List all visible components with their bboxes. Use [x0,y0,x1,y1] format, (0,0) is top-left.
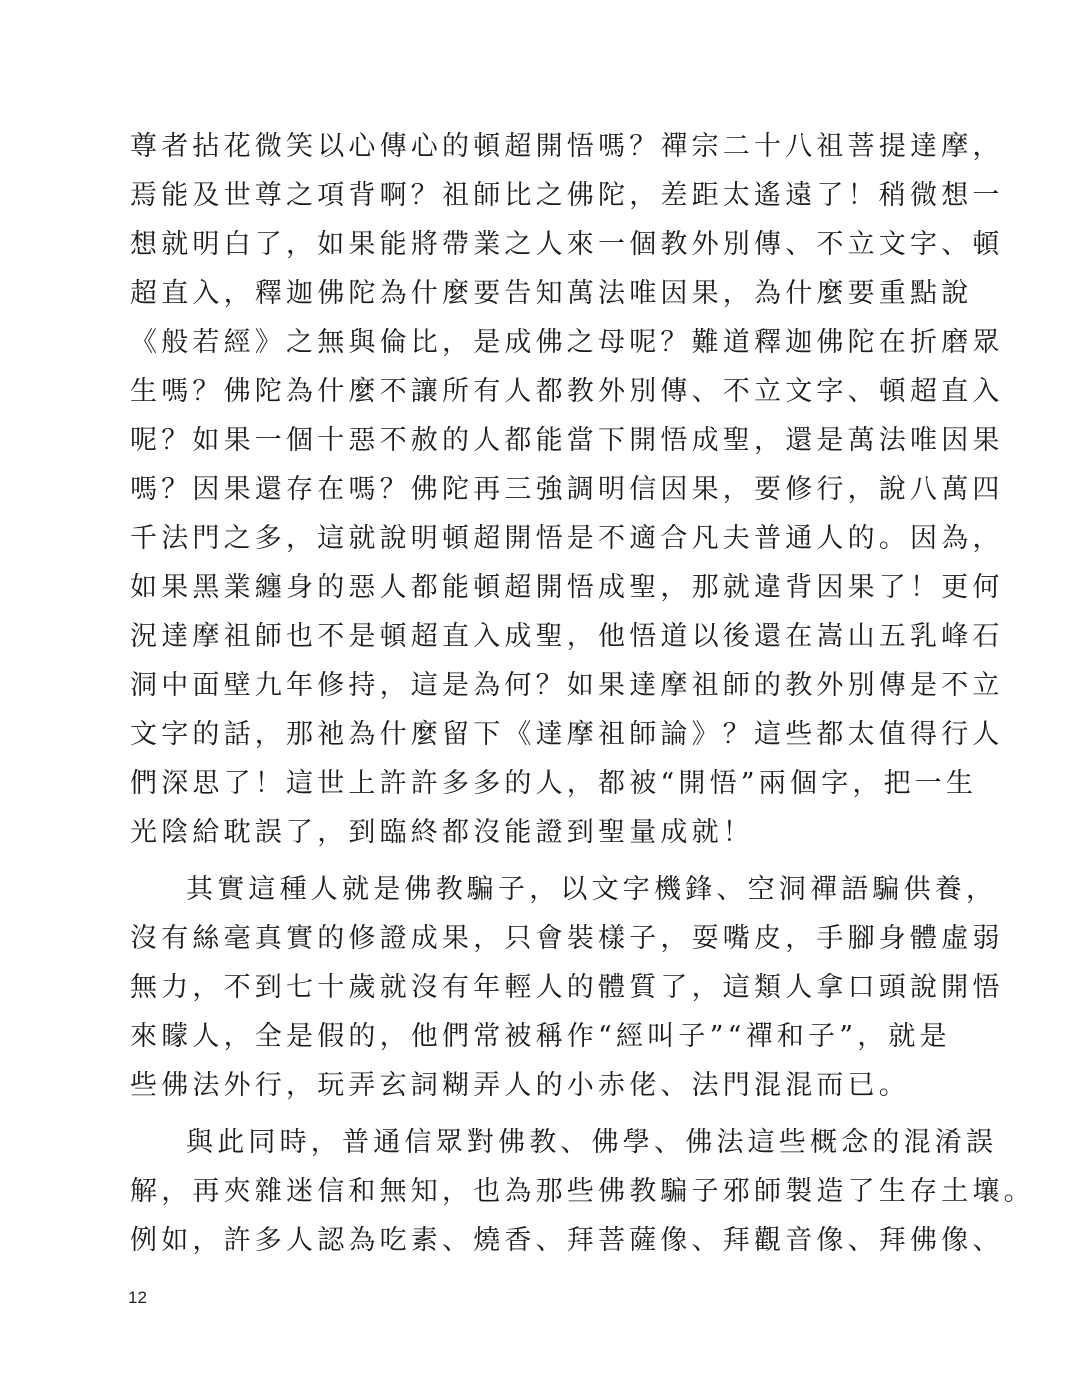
paragraph-1: 尊者拈花微笑以心傳心的頓超開悟嗎？禪宗二十八祖菩提達摩， 焉能及世尊之項背啊？祖… [130,122,925,857]
text-line: 《般若經》之無與倫比，是成佛之母呢？難道釋迦佛陀在折磨眾 [130,318,925,367]
paragraph-2: 其實這種人就是佛教騙子，以文字機鋒、空洞禪語騙供養， 沒有絲毫真實的修證成果，只… [130,865,925,1110]
text-line: 光陰給耽誤了，到臨終都沒能證到聖量成就！ [130,808,925,857]
page-number: 12 [128,1288,147,1308]
text-line: 文字的話，那祂為什麼留下《達摩祖師論》？這些都太值得行人 [130,710,925,759]
text-line: 例如，許多人認為吃素、燒香、拜菩薩像、拜觀音像、拜佛像、 [130,1216,925,1265]
text-line: 呢？如果一個十惡不赦的人都能當下開悟成聖，還是萬法唯因果 [130,416,925,465]
text-line: 況達摩祖師也不是頓超直入成聖，他悟道以後還在嵩山五乳峰石 [130,612,925,661]
text-line: 洞中面壁九年修持，這是為何？如果達摩祖師的教外別傳是不立 [130,661,925,710]
paragraph-gap [130,857,925,865]
text-line: 其實這種人就是佛教騙子，以文字機鋒、空洞禪語騙供養， [130,865,925,914]
text-line: 們深思了！這世上許許多多的人，都被“開悟”兩個字，把一生 [130,759,925,808]
document-page: 尊者拈花微笑以心傳心的頓超開悟嗎？禪宗二十八祖菩提達摩， 焉能及世尊之項背啊？祖… [130,122,925,1265]
text-line: 尊者拈花微笑以心傳心的頓超開悟嗎？禪宗二十八祖菩提達摩， [130,122,925,171]
paragraph-gap [130,1110,925,1118]
text-line: 如果黑業纏身的惡人都能頓超開悟成聖，那就違背因果了！更何 [130,563,925,612]
text-line: 超直入，釋迦佛陀為什麼要告知萬法唯因果，為什麼要重點說 [130,269,925,318]
text-line: 無力，不到七十歲就沒有年輕人的體質了，這類人拿口頭說開悟 [130,963,925,1012]
text-line: 解，再夾雜迷信和無知，也為那些佛教騙子邪師製造了生存土壤。 [130,1167,925,1216]
paragraph-3: 與此同時，普通信眾對佛教、佛學、佛法這些概念的混淆誤 解，再夾雜迷信和無知，也為… [130,1118,925,1265]
text-line: 生嗎？佛陀為什麼不讓所有人都教外別傳、不立文字、頓超直入 [130,367,925,416]
text-line: 千法門之多，這就說明頓超開悟是不適合凡夫普通人的。因為， [130,514,925,563]
text-line: 想就明白了，如果能將帶業之人來一個教外別傳、不立文字、頓 [130,220,925,269]
text-line: 些佛法外行，玩弄玄詞糊弄人的小赤佬、法門混混而已。 [130,1061,925,1110]
text-line: 來矇人，全是假的，他們常被稱作“經叫子”“禪和子”，就是 [130,1012,925,1061]
text-line: 與此同時，普通信眾對佛教、佛學、佛法這些概念的混淆誤 [130,1118,925,1167]
text-line: 嗎？因果還存在嗎？佛陀再三強調明信因果，要修行，說八萬四 [130,465,925,514]
text-line: 焉能及世尊之項背啊？祖師比之佛陀，差距太遙遠了！稍微想一 [130,171,925,220]
text-line: 沒有絲毫真實的修證成果，只會裝樣子，耍嘴皮，手腳身體虛弱 [130,914,925,963]
